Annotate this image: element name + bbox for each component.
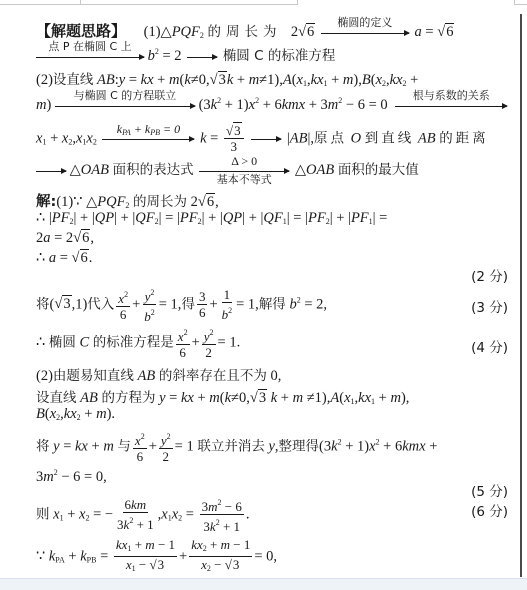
solution-line-12: 则 x1 + x2 = −6km3k2 + 1,x1x2 = 3m2 − 63k… (36, 496, 249, 534)
solution-line-11: 3m2 − 6 = 0, (36, 468, 107, 486)
window-frame-top (0, 0, 298, 5)
solution-line-2: ∴ |PF2| + |QP| + |QF2| = |PF2| + |QP| + … (36, 210, 387, 227)
arrow-point-on-ellipse: 点 P 在椭圆 C 上 (36, 56, 144, 58)
analysis-line-5: x1 + x2,x1x2 kPA + kPB = 0 k = √33 |AB|,… (36, 124, 489, 154)
frame-divider (80, 0, 81, 4)
score-4: (4 分) (471, 336, 508, 356)
analysis-line-4: m) 与椭圆 C 的方程联立 (3k2 + 1)x2 + 6kmx + 3m2 … (36, 96, 507, 114)
solution-line-4: ∴ a = √6. (36, 250, 92, 267)
analysis-line-2: 点 P 在椭圆 C 上 b2 = 2 椭圆 C 的标准方程 (36, 44, 335, 65)
solution-label: 解: (36, 194, 56, 210)
arrow-inequality: Δ > 0 基本不等式 (199, 170, 289, 172)
solution-line-9: B(x2,kx2 + m). (36, 406, 115, 423)
solution-line-5: 将(√3,1)代入x26+y2b2= 1,得36+1b2= 1,解得 b2 = … (36, 286, 327, 324)
solution-line-8: 设直线 AB 的方程为 y = kx + m(k≠0,√3 k + m ≠1),… (36, 386, 409, 407)
arrow-combine: 与椭圆 C 的方程联立 (55, 105, 195, 107)
solution-line-3: 2a = 2√6, (36, 230, 94, 247)
solution-line-1: 解:(1)∵ △PQF2 的周长为 2√6, (36, 190, 219, 211)
arrow (36, 170, 66, 172)
score-6: (6 分) (471, 500, 508, 520)
standard-equation-text: 椭圆 C 的标准方程 (223, 48, 336, 64)
analysis-line-6: △OAB 面积的表达式 Δ > 0 基本不等式 △OAB 面积的最大值 (36, 158, 419, 179)
arrow (187, 56, 217, 58)
solution-line-7: (2)由题易知直线 AB 的斜率存在且不为 0, (36, 364, 281, 385)
quadratic-equation: (3k2 + 1)x2 + 6kmx + 3m2 − 6 = 0 (199, 97, 388, 113)
analysis-line-3: (2)设直线 AB:y = kx + m(k≠0,√3k + m≠1),A(x1… (36, 68, 418, 89)
window-frame-top-right (514, 0, 527, 5)
analysis-line-1: 【解题思路】 (1)△PQF2 的周长为 2√6 椭圆的定义 a = √6 (36, 20, 454, 41)
score-5: (5 分) (471, 480, 508, 500)
solution-line-10: 将 y = kx + m 与x26+y22= 1 联立并消去 y,整理得(3k2… (36, 430, 437, 464)
bottom-strip (0, 578, 527, 590)
score-2: (2 分) (471, 265, 508, 285)
arrow-vieta: 根与系数的关系 (395, 105, 507, 107)
arrow-slope-condition: kPA + kPB = 0 (102, 138, 194, 140)
arrow (251, 138, 281, 140)
page-right-border (520, 14, 522, 577)
solution-line-13: ∵ kPA + kPB = kx1 + m − 1x1 − √3+kx2 + m… (36, 538, 277, 576)
solution-line-6: ∴ 椭圆 C 的标准方程是x26+y22= 1. (36, 326, 240, 360)
score-3: (3 分) (471, 296, 508, 316)
analysis-heading: 【解题思路】 (36, 22, 126, 40)
arrow-ellipse-definition: 椭圆的定义 (321, 32, 409, 34)
